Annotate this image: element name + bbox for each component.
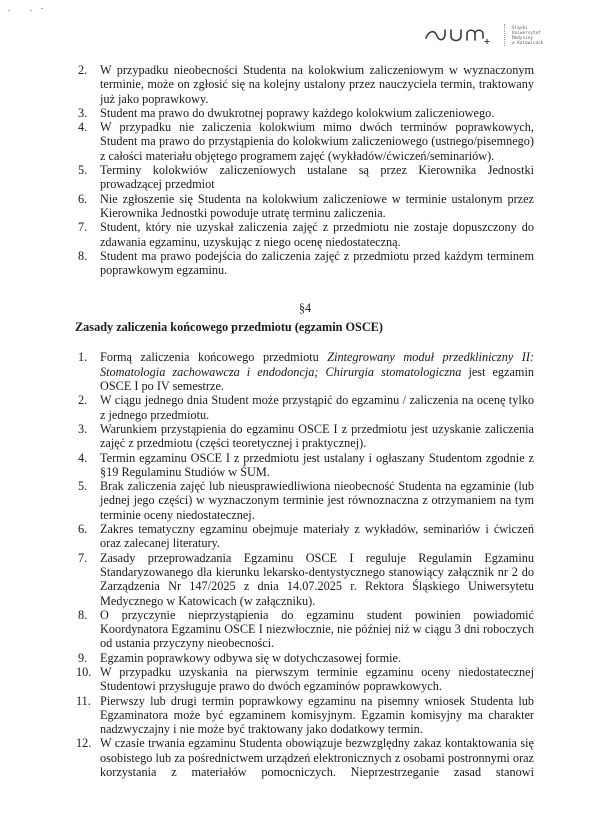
list-item: 12.W czasie trwania egzaminu Studenta ob…: [76, 736, 534, 779]
document-body: 2.W przypadku nieobecności Studenta na k…: [76, 63, 534, 779]
list-item: 7.Zasady przeprowadzania Egzaminu OSCE I…: [76, 551, 534, 608]
list-item: 6.Nie zgłoszenie się Studenta na kolokwi…: [76, 192, 534, 221]
section-number: §4: [76, 301, 534, 315]
colloquium-rules-list: 2.W przypadku nieobecności Studenta na k…: [76, 63, 534, 277]
list-item: 11.Pierwszy lub drugi termin poprawkowy …: [76, 694, 534, 737]
list-item: 3.Student ma prawo do dwukrotnej poprawy…: [76, 106, 534, 120]
university-logo: Śląski Uniwersytet Medyczny w Katowicach: [424, 22, 564, 48]
list-item: 2.W przypadku nieobecności Studenta na k…: [76, 63, 534, 106]
list-item: 5.Brak zaliczenia zajęć lub nieusprawied…: [76, 479, 534, 522]
list-item: 1.Formą zaliczenia końcowego przedmiotu …: [76, 350, 534, 393]
list-item: 4.W przypadku nie zaliczenia kolokwium m…: [76, 120, 534, 163]
logo-text: Śląski Uniwersytet Medyczny w Katowicach: [512, 25, 543, 46]
list-item: 8.Student ma prawo podejścia do zaliczen…: [76, 249, 534, 278]
list-item: 9.Egzamin poprawkowy odbywa się w dotych…: [76, 651, 534, 665]
list-item: 3.Warunkiem przystąpienia do egzaminu OS…: [76, 422, 534, 451]
osce-exam-rules-list: 1.Formą zaliczenia końcowego przedmiotu …: [76, 350, 534, 779]
list-item: 7.Student, który nie uzyskał zaliczenia …: [76, 220, 534, 249]
list-item: 6.Zakres tematyczny egzaminu obejmuje ma…: [76, 522, 534, 551]
sum-logo-icon: [424, 25, 500, 45]
section-title: Zasady zaliczenia końcowego przedmiotu (…: [75, 320, 534, 334]
list-item: 8.O przyczynie nieprzystąpienia do egzam…: [76, 608, 534, 651]
logo-divider: [504, 24, 506, 46]
list-item: 2.W ciągu jednego dnia Student może przy…: [76, 393, 534, 422]
list-item: 4.Termin egzaminu OSCE I z przedmiotu je…: [76, 451, 534, 480]
list-item: 5.Terminy kolokwiów zaliczeniowych ustal…: [76, 163, 534, 192]
list-item: 10.W przypadku uzyskania na pierwszym te…: [76, 665, 534, 694]
